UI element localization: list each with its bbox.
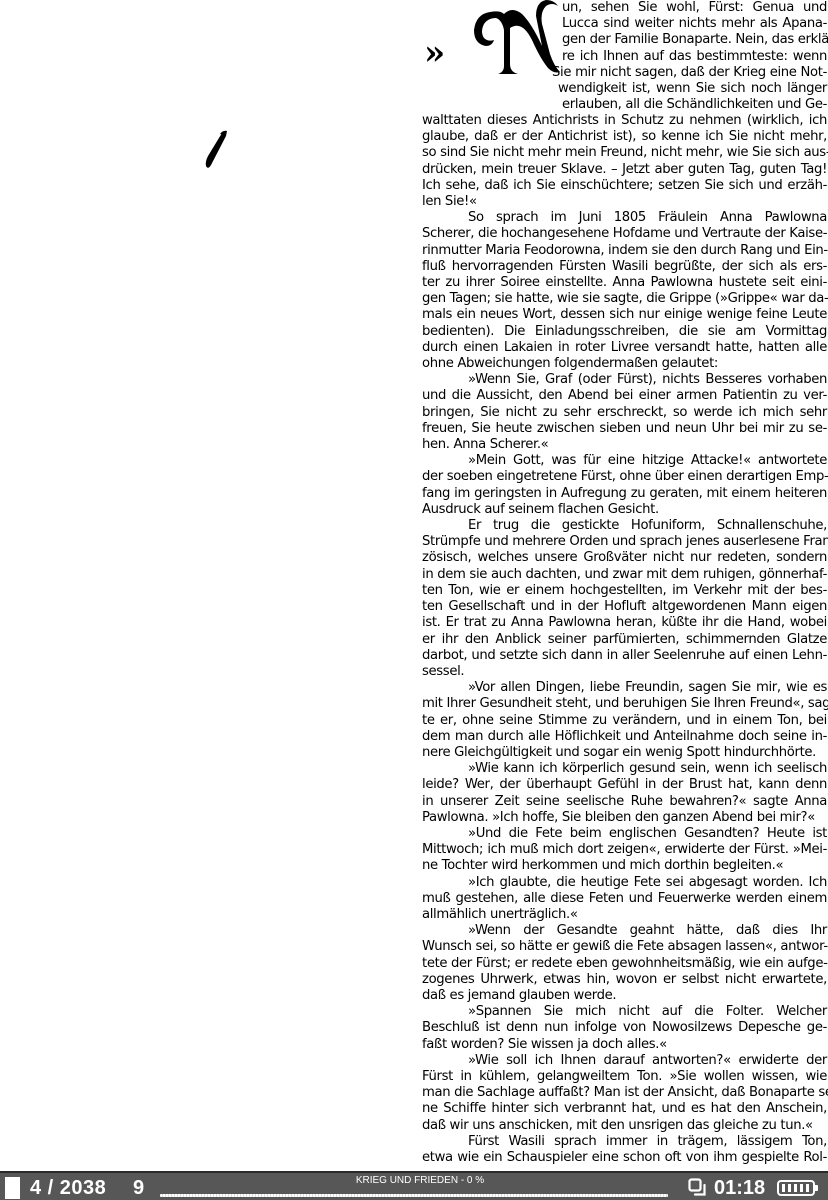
text-line: ne Tochter wird herkommen und mich dorth… [422,858,827,874]
text-line: ten Ton, wie er einem hochgestellten, im… [422,583,827,599]
text-line: len Sie!« [422,194,827,210]
text-line: man die Sachlage auffaßt? Man ist der An… [422,1085,827,1101]
text-line: te er, ohne seine Stimme zu verändern, u… [422,713,827,729]
text-line: wendigkeit ist, wenn Sie sich noch länge… [558,81,827,97]
text-line: Lucca sind weiter nichts mehr als Apana- [562,16,827,32]
chapter-heading-pane [0,0,420,1168]
text-line: un, sehen Sie wohl, Fürst: Genua und [562,0,827,16]
text-line: zogenes Uhrwerk, etwas hin, wovon er sel… [422,972,827,988]
paragraph: »Vor allen Dingen, liebe Freundin, sagen… [422,680,827,761]
text-line: faßt worden? Sie wissen ja doch alles.« [422,1037,827,1053]
text-line: ist. Er trat zu Anna Pawlowna heran, küß… [422,615,827,631]
text-line: »Wenn der Gesandte geahnt hätte, daß die… [422,923,827,939]
text-line: Ausdruck auf seinem flachen Gesicht. [422,502,827,518]
text-line: »Wie soll ich Ihnen darauf antworten?« e… [422,1053,827,1069]
text-line: Scherer, die hochangesehene Hofdame und … [422,226,827,242]
text-line: »Mein Gott, was für eine hitzige Attacke… [422,453,827,469]
text-line: Pawlowna. »Ich hoffe, Sie bleiben den ga… [422,810,827,826]
drop-cap-n-glyph [470,0,562,78]
text-line: sessel. [422,664,827,680]
text-line: gen der Familie Bonaparte. Nein, das erk… [562,32,827,48]
paragraph: So sprach im Juni 1805 Fräulein Anna Paw… [422,210,827,372]
text-line: er ihr den Anblick seiner parfümierten, … [422,632,827,648]
paragraph: »Wie kann ich körperlich gesund sein, we… [422,761,827,826]
reader-status-bar: 4 / 2038 9 KRIEG UND FRIEDEN - 0 % 01:18 [0,1171,828,1200]
text-line: »Wenn Sie, Graf (oder Fürst), nichts Bes… [422,372,827,388]
paragraph: »Wenn Sie, Graf (oder Fürst), nichts Bes… [422,372,827,453]
reader-page[interactable]: » un, sehen Sie wohl, Fürst: Genua undLu… [0,0,828,1168]
text-line: mit Ihrer Gesundheit steht, und beruhige… [422,696,827,712]
paragraph: »Wenn der Gesandte geahnt hätte, daß die… [422,923,827,1004]
book-icon[interactable] [5,1177,20,1199]
text-line: in unserer Zeit seine seelische Ruhe bew… [422,794,827,810]
text-line: daß wir uns anschicken, mit den unsrigen… [422,1118,827,1134]
text-line: nere Gleichgültigkeit und sogar ein weni… [422,745,827,761]
text-line: fang im geringsten in Aufregung zu gerat… [422,486,827,502]
text-line: re ich Ihnen auf das bestimmteste: wenn [562,49,827,65]
text-line: ten Gesellschaft und in der Hofluft altg… [422,599,827,615]
text-line: glaube, daß er der Antichrist ist), so k… [422,129,827,145]
text-line: Er trug die gestickte Hofuniform, Schnal… [422,518,827,534]
book-text-column: » un, sehen Sie wohl, Fürst: Genua undLu… [422,0,827,1166]
text-line: mals ein neues Wort, dessen sich nur ein… [422,307,827,323]
text-line: durch einen Lakaien in roter Livree vers… [422,340,827,356]
text-line: ne Schiffe hinter sich verbrannt hat, un… [422,1101,827,1117]
paragraph: walttaten dieses Antichrists in Schutz z… [422,113,827,210]
text-line: zösisch, welches unsere Großväter nicht … [422,550,827,566]
sync-icon[interactable] [688,1178,708,1198]
text-line: walttaten dieses Antichrists in Schutz z… [422,113,827,129]
text-line: Sie mir nicht sagen, daß der Krieg eine … [552,65,827,81]
opening-guillemet: » [424,36,441,70]
page-indicator[interactable]: 4 / 2038 [30,1176,106,1200]
text-line: daß es jemand glauben werde. [422,988,827,1004]
chapter-page-counter: 9 [133,1176,144,1200]
paragraph: »Spannen Sie mich nicht auf die Folter. … [422,1004,827,1053]
chapter-number-one [200,127,230,171]
paragraph: »Ich glaubte, die heutige Fete sei abges… [422,875,827,924]
text-line: rinmutter Maria Feodorowna, indem sie de… [422,243,827,259]
text-line: Mittwoch; ich muß mich dort zeigen«, erw… [422,842,827,858]
paragraph: »Und die Fete beim englischen Gesandten?… [422,826,827,875]
battery-icon [777,1180,819,1196]
text-line: etwa wie ein Schauspieler eine schon oft… [422,1150,827,1166]
text-line: der soeben eingetretene Fürst, ohne über… [422,469,827,485]
text-line: tete der Fürst; er redete eben gewohnhei… [422,956,827,972]
text-line: ohne Abweichungen folgendermaßen gelaute… [422,356,827,372]
text-line: Ich sehe, daß ich Sie einschüchtere; set… [422,178,827,194]
text-line: und die Aussicht, den Abend bei einer ar… [422,388,827,404]
text-line: »Und die Fete beim englischen Gesandten?… [422,826,827,842]
book-title-progress: KRIEG UND FRIEDEN - 0 % [160,1175,680,1187]
text-line: so sind Sie nicht mehr mein Freund, nich… [422,145,827,161]
text-line: dem man durch alle Höflichkeit und Antei… [422,729,827,745]
text-line: drücken, mein treuer Sklave. – Jetzt abe… [422,162,827,178]
text-line: darbot, und setzte sich dann in aller Se… [422,648,827,664]
text-line: gen Tagen; sie hatte, wie sie sagte, die… [422,291,827,307]
text-line: erlauben, all die Schändlichkeiten und G… [562,97,827,113]
text-line: Fürst in kühlem, gelangweiltem Ton. »Sie… [422,1069,827,1085]
paragraph: »Wie soll ich Ihnen darauf antworten?« e… [422,1053,827,1134]
text-line: in dem sie auch dachten, und zwar mit de… [422,567,827,583]
clock: 01:18 [714,1176,765,1200]
text-line: freuen, Sie heute zwischen sieben und ne… [422,421,827,437]
paragraph: Er trug die gestickte Hofuniform, Schnal… [422,518,827,680]
text-line: bringen, Sie nicht zu sehr erschreckt, s… [422,405,827,421]
text-line: Strümpfe und mehrere Orden und sprach je… [422,534,827,550]
paragraph: »Mein Gott, was für eine hitzige Attacke… [422,453,827,518]
text-line: Wunsch sei, so hätte er gewiß die Fete a… [422,939,827,955]
text-line: »Wie kann ich körperlich gesund sein, we… [422,761,827,777]
text-line: »Ich glaubte, die heutige Fete sei abges… [422,875,827,891]
reading-progress-bar[interactable] [160,1194,668,1197]
text-line: Beschluß ist denn nun infolge von Nowosi… [422,1020,827,1036]
body-paragraphs: walttaten dieses Antichrists in Schutz z… [422,113,827,1166]
paragraph: Fürst Wasili sprach immer in trägem, läs… [422,1134,827,1166]
text-line: fluß hervorragenden Fürsten Wasili begrü… [422,259,827,275]
text-line: allmählich unerträglich.« [422,907,827,923]
opening-paragraph: » un, sehen Sie wohl, Fürst: Genua undLu… [422,0,827,113]
text-line: So sprach im Juni 1805 Fräulein Anna Paw… [422,210,827,226]
text-line: hen. Anna Scherer.« [422,437,827,453]
text-line: muß gestehen, alle diese Feten und Feuer… [422,891,827,907]
text-line: Fürst Wasili sprach immer in trägem, läs… [422,1134,827,1150]
text-line: leide? Wer, der überhaupt Gefühl in der … [422,777,827,793]
text-line: bedienten). Die Einladungsschreiben, die… [422,324,827,340]
text-line: ter zu ihrer Soiree einstellte. Anna Paw… [422,275,827,291]
text-line: »Spannen Sie mich nicht auf die Folter. … [422,1004,827,1020]
text-line: »Vor allen Dingen, liebe Freundin, sagen… [422,680,827,696]
